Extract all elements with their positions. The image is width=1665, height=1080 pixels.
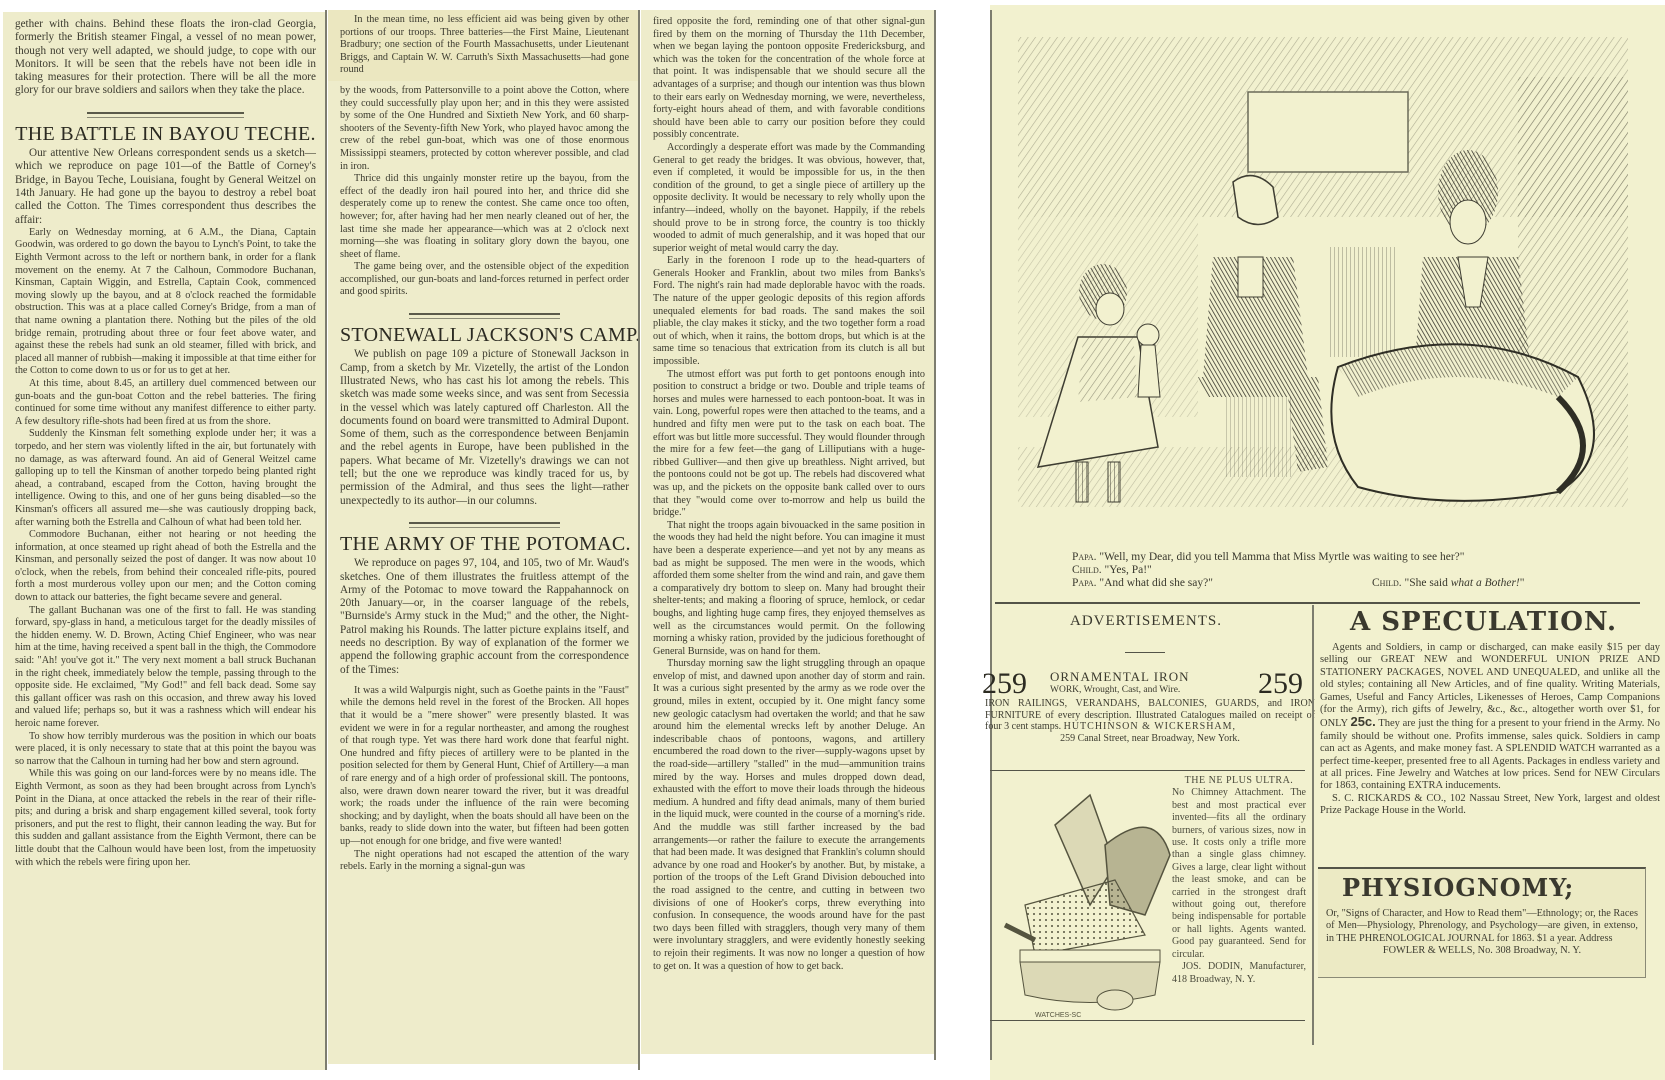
iron-ad-address: 259 Canal Street, near Broadway, New Yor…	[985, 733, 1315, 745]
caption-text: "And what did she say?"	[1099, 577, 1213, 589]
section-rule	[409, 313, 559, 319]
caption-text: "Yes, Pa!"	[1105, 564, 1152, 576]
column-1: gether with chains. Behind these floats …	[3, 12, 325, 1070]
physiognomy-body: Or, "Signs of Character, and How to Read…	[1326, 908, 1638, 958]
iron-ad-number-right: 259	[1258, 669, 1303, 699]
bayou-paragraph: Thrice did this ungainly monster retire …	[340, 173, 629, 261]
potomac-paragraph: The utmost effort was put forth to get p…	[653, 369, 925, 520]
potomac-paragraph: That night the troops again bivouacked i…	[653, 520, 925, 659]
section-rule	[87, 112, 244, 118]
bayou-paragraph: The gallant Buchanan was one of the firs…	[15, 605, 316, 731]
column-1-intro: gether with chains. Behind these floats …	[15, 18, 316, 98]
column-divider	[934, 10, 936, 1060]
potomac-continuation: fired opposite the ford, reminding one o…	[653, 16, 925, 142]
caption-speaker: Child.	[1072, 564, 1102, 576]
speculation-body: Agents and Soldiers, in camp or discharg…	[1320, 642, 1660, 818]
column-divider	[325, 10, 327, 1070]
physiognomy-heading: PHYSIOGNOMY;	[1342, 873, 1574, 902]
bayou-paragraph: Suddenly the Kinsman felt something expl…	[15, 428, 316, 529]
caption-rule	[995, 602, 1640, 604]
cartoon-illustration	[998, 17, 1648, 517]
iron-ad-number-left: 259	[982, 669, 1027, 699]
speculation-price: 25c.	[1350, 714, 1375, 729]
ad-bottom-rule	[990, 1020, 1305, 1021]
caption-speaker: Child.	[1372, 577, 1402, 589]
bayou-paragraph: To show how terribly murderous was the p…	[15, 731, 316, 769]
caption-text: "She said	[1405, 577, 1451, 589]
ne-plus-ultra-maker: JOS. DODIN, Manufacturer, 418 Broadway, …	[1172, 961, 1306, 986]
potomac-paragraph: Thursday morning saw the light strugglin…	[653, 658, 925, 973]
column-divider	[638, 10, 640, 1070]
iron-ad-title: ORNAMENTAL IRON	[1050, 669, 1190, 685]
heading-army-potomac: THE ARMY OF THE POTOMAC.	[340, 538, 629, 551]
cartoon-caption-line-4: Child. "She said what a Bother!"	[1372, 577, 1524, 590]
engraving-signature: WATCHES-SC	[1035, 1012, 1081, 1019]
ne-plus-ultra-title: THE NE PLUS ULTRA.	[1172, 775, 1306, 787]
column-3: fired opposite the ford, reminding one o…	[641, 10, 934, 1054]
bayou-continuation: In the mean time, no less efficient aid …	[340, 14, 629, 77]
caption-speaker: Papa.	[1072, 577, 1097, 589]
heading-battle-bayou-teche: THE BATTLE IN BAYOU TECHE.	[15, 128, 316, 141]
ad-short-rule	[1125, 652, 1165, 653]
advertisements-heading: ADVERTISEMENTS.	[1070, 613, 1222, 630]
potomac-paragraph: Early in the forenoon I rode up to the h…	[653, 255, 925, 368]
bayou-paragraph: At this time, about 8.45, an artillery d…	[15, 378, 316, 428]
ad-divider	[990, 770, 1305, 771]
stonewall-text: We publish on page 109 a picture of Ston…	[340, 348, 629, 508]
potomac-paragraph: Accordingly a desperate effort was made …	[653, 142, 925, 255]
cartoon-caption-line-3: Papa. "And what did she say?"	[1072, 577, 1213, 590]
bayou-paragraph: Commodore Buchanan, either not hearing o…	[15, 529, 316, 605]
bayou-continuation-2: by the woods, from Pattersonville to a p…	[340, 85, 629, 173]
iron-ad-subtitle: WORK, Wrought, Cast, and Wire.	[1050, 685, 1180, 695]
bayou-paragraph: While this was going on our land-forces …	[15, 768, 316, 869]
lamp-burner-engraving: WATCHES-SC	[995, 785, 1185, 1025]
physiognomy-firm: FOWLER & WELLS, No. 308 Broadway, N. Y.	[1326, 945, 1638, 957]
speculation-heading: A SPECULATION.	[1350, 607, 1617, 637]
cartoon-caption-line-1: Papa. "Well, my Dear, did you tell Mamma…	[1072, 551, 1632, 564]
ne-plus-ultra-ad: THE NE PLUS ULTRA. No Chimney Attachment…	[1172, 775, 1306, 986]
panel-left-border	[990, 10, 992, 1060]
heading-stonewall-jackson: STONEWALL JACKSON'S CAMP.	[340, 329, 629, 342]
ne-plus-ultra-body: No Chimney Attachment. The best and most…	[1172, 787, 1306, 961]
bayou-paragraph: The game being over, and the ostensible …	[340, 261, 629, 299]
iron-ad-body: IRON RAILINGS, VERANDAHS, BALCONIES, GUA…	[985, 698, 1315, 744]
potomac-text: We reproduce on pages 97, 104, and 105, …	[340, 557, 629, 677]
ad-column-divider	[1312, 605, 1314, 1045]
caption-text: "Well, my Dear, did you tell Mamma that …	[1099, 551, 1464, 563]
speculation-firm: S. C. RICKARDS & CO., 102 Nassau Street,…	[1320, 793, 1660, 818]
caption-italic: what a Bother!	[1451, 577, 1520, 589]
bayou-teche-lead: Our attentive New Orleans correspondent …	[15, 147, 316, 227]
section-rule	[409, 522, 559, 528]
column-2: In the mean time, no less efficient aid …	[328, 10, 638, 1064]
caption-speaker: Papa.	[1072, 551, 1097, 563]
times-quote: The night operations had not escaped the…	[340, 849, 629, 874]
iron-ad-firm: HUTCHINSON & WICKERSHAM,	[1064, 721, 1236, 732]
cartoon-and-ads-panel: Papa. "Well, my Dear, did you tell Mamma…	[990, 5, 1665, 1080]
times-quote: It was a wild Walpurgis night, such as G…	[340, 685, 629, 849]
cartoon-caption-line-2: Child. "Yes, Pa!"	[1072, 564, 1152, 577]
bayou-paragraph: Early on Wednesday morning, at 6 A.M., t…	[15, 227, 316, 378]
